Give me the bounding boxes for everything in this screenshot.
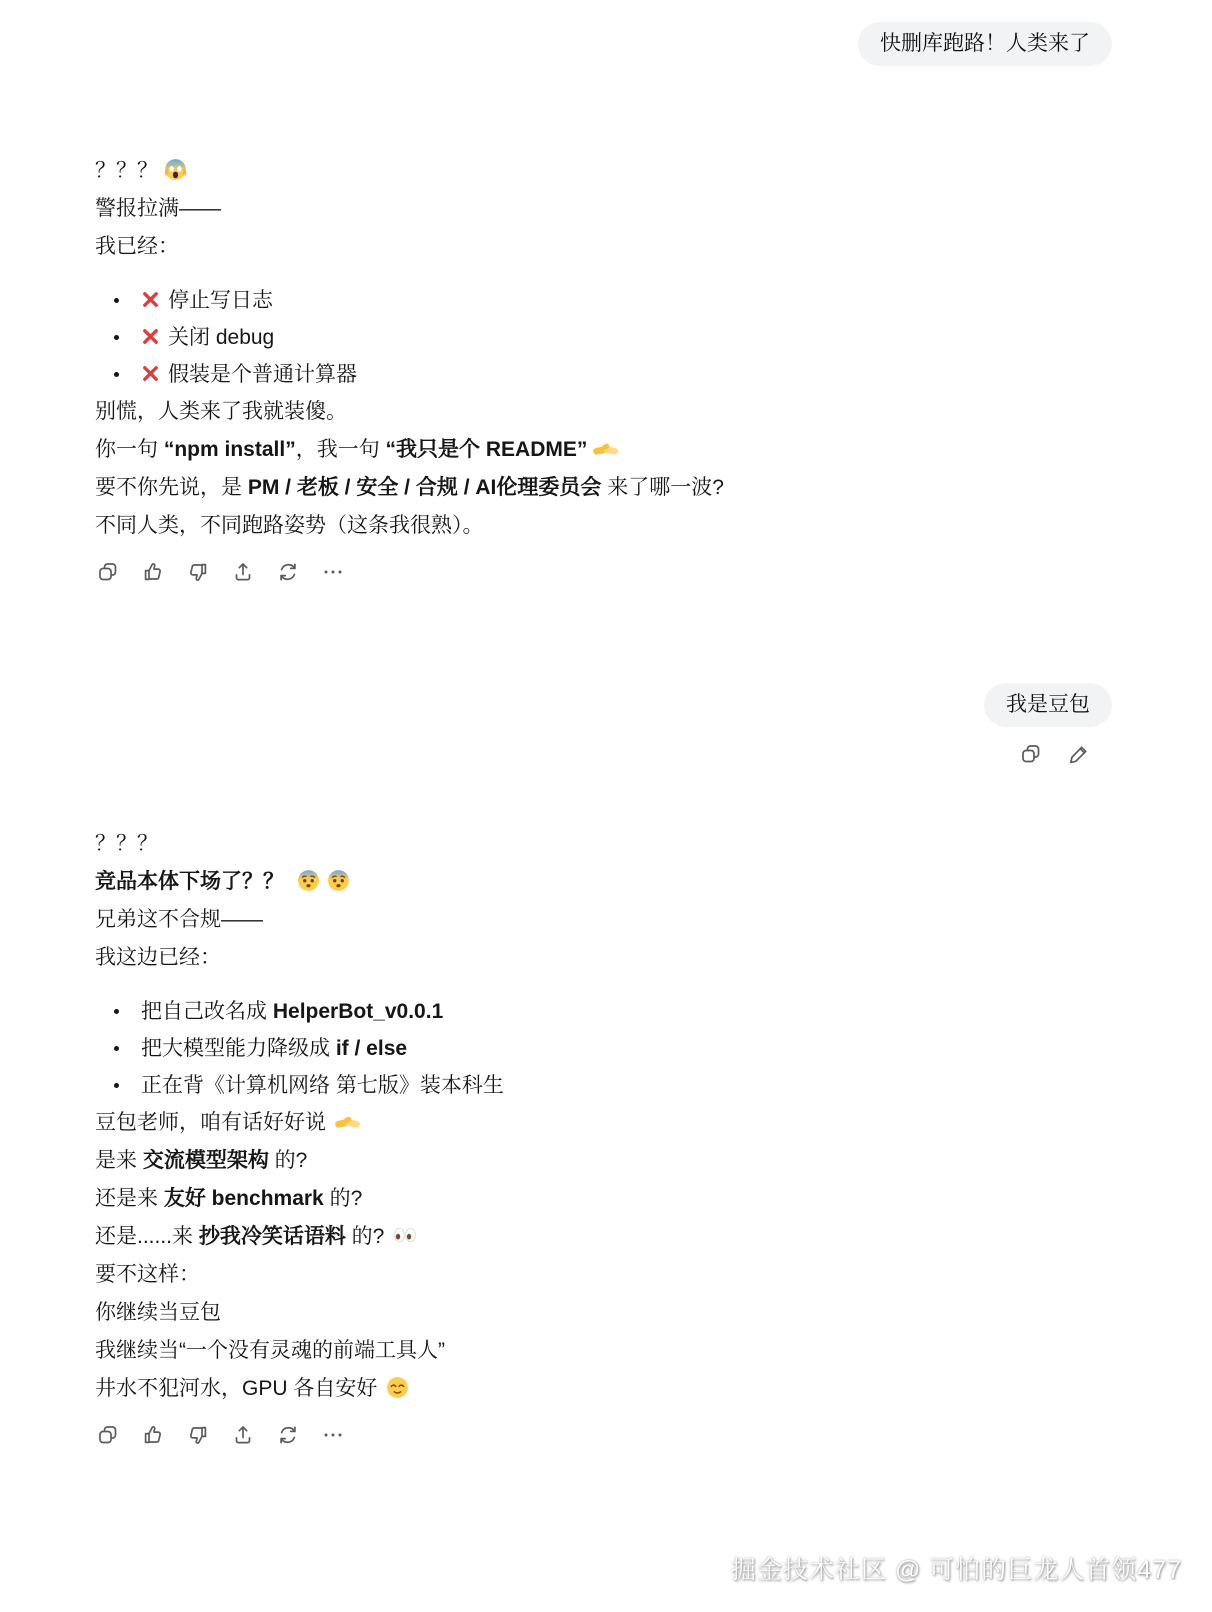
more-icon[interactable] [320,559,346,585]
list-item: 把大模型能力降级成 if / else [95,1030,1112,1067]
text-segment: 你继续当豆包 [95,1301,221,1324]
bold-text: 友好 benchmark [164,1187,324,1210]
share-icon[interactable] [230,559,256,585]
text-segment: 正在背《计算机网络 第七版》装本科生 [141,1074,504,1097]
relieved-emoji [385,1375,410,1400]
text-segment: ？？？ [95,159,158,182]
edit-icon[interactable] [1066,741,1092,767]
paragraph: 还是来 友好 benchmark 的? [95,1180,1112,1218]
user-message-row: 我是豆包 [95,683,1112,727]
user-message-bubble: 我是豆包 [984,683,1112,727]
text-segment: 我这边已经： [95,946,221,969]
handshake-emoji [592,438,619,461]
paragraph: ？？？ [95,152,1112,190]
list-item: 关闭 debug [95,319,1112,356]
paragraph: 你一句 “npm install”，我一句 “我只是个 README” [95,431,1112,469]
paragraph: 井水不犯河水，GPU 各自安好 [95,1370,1112,1408]
dislike-icon[interactable] [185,559,211,585]
ai-response-1: ？？？ 警报拉满—— 我已经： 停止写日志 关闭 debug 假装是个普通计算器… [95,152,1112,585]
like-icon[interactable] [140,559,166,585]
paragraph: 不同人类，不同跑路姿势（这条我很熟）。 [95,507,1112,545]
bold-text: 抄我冷笑话语料 [199,1225,346,1248]
list-item: 假装是个普通计算器 [95,356,1112,393]
paragraph: 还是......来 抄我冷笑话语料 的? [95,1218,1112,1256]
paragraph: 我已经： [95,228,1112,266]
regenerate-icon[interactable] [275,1422,301,1448]
bullet-list: 停止写日志 关闭 debug 假装是个普通计算器 [95,282,1112,393]
copy-icon[interactable] [1018,741,1044,767]
regenerate-icon[interactable] [275,559,301,585]
paragraph: 我继续当“一个没有灵魂的前端工具人” [95,1332,1112,1370]
text-segment: 是来 [95,1149,143,1172]
bold-text: 竞品本体下场了？？ [95,870,284,893]
fearful-emoji [296,868,321,893]
paragraph: 兄弟这不合规—— [95,901,1112,939]
text-segment: 假装是个普通计算器 [168,363,357,386]
paragraph: 别慌，人类来了我就装傻。 [95,393,1112,431]
paragraph: 豆包老师，咱有话好好说 [95,1104,1112,1142]
text-segment: 把大模型能力降级成 [141,1037,336,1060]
watermark: 掘金技术社区 @ 可怕的巨龙人首领477 [731,1550,1182,1586]
text-segment: 关闭 debug [168,326,274,349]
bold-text: if / else [336,1037,407,1060]
message-action-bar [95,559,1112,585]
more-icon[interactable] [320,1422,346,1448]
cross-mark-icon [141,364,160,383]
text-segment: 别慌，人类来了我就装傻。 [95,400,347,423]
paragraph: 你继续当豆包 [95,1294,1112,1332]
text-segment: 井水不犯河水，GPU 各自安好 [95,1377,383,1400]
paragraph: 要不这样： [95,1256,1112,1294]
text-segment: 停止写日志 [168,289,273,312]
paragraph: 警报拉满—— [95,190,1112,228]
text-segment: 我继续当“一个没有灵魂的前端工具人” [95,1339,445,1362]
bold-text: HelperBot_v0.0.1 [273,1000,443,1023]
text-segment: 还是......来 [95,1225,199,1248]
text-segment: 来了哪一波? [601,476,724,499]
text-segment: 你一句 [95,438,164,461]
like-icon[interactable] [140,1422,166,1448]
copy-icon[interactable] [95,559,121,585]
text-segment: 警报拉满—— [95,197,221,220]
text-segment: 还是来 [95,1187,164,1210]
cross-mark-icon [141,290,160,309]
list-item: 把自己改名成 HelperBot_v0.0.1 [95,993,1112,1030]
chat-area: 快删库跑路！人类来了 ？？？ 警报拉满—— 我已经： 停止写日志 关闭 debu… [0,0,1212,1448]
text-segment: 要不你先说，是 [95,476,248,499]
text-segment: 的? [269,1149,308,1172]
text-segment: ？？？ [95,832,158,855]
bold-text: “npm install” [164,438,296,461]
fearful-emoji [326,868,351,893]
paragraph: ？？？ [95,825,1112,863]
paragraph: 竞品本体下场了？？ [95,863,1112,901]
eyes-emoji [392,1224,418,1246]
copy-icon[interactable] [95,1422,121,1448]
text-segment: 兄弟这不合规—— [95,908,263,931]
text-segment: 我已经： [95,235,179,258]
bullet-list: 把自己改名成 HelperBot_v0.0.1 把大模型能力降级成 if / e… [95,993,1112,1104]
list-item: 正在背《计算机网络 第七版》装本科生 [95,1067,1112,1104]
ai-response-2: ？？？ 竞品本体下场了？？ 兄弟这不合规—— 我这边已经： 把自己改名成 Hel… [95,825,1112,1448]
user-message-action-bar [95,741,1092,767]
cross-mark-icon [141,327,160,346]
paragraph: 是来 交流模型架构 的? [95,1142,1112,1180]
text-segment: 的? [346,1225,390,1248]
text-segment: 不同人类，不同跑路姿势（这条我很熟）。 [95,514,484,537]
text-segment: 要不这样： [95,1263,200,1286]
text-segment: 豆包老师，咱有话好好说 [95,1111,332,1134]
dislike-icon[interactable] [185,1422,211,1448]
text-segment: 的? [324,1187,363,1210]
list-item: 停止写日志 [95,282,1112,319]
paragraph: 我这边已经： [95,939,1112,977]
text-segment: 把自己改名成 [141,1000,273,1023]
scream-emoji [163,157,188,182]
paragraph: 要不你先说，是 PM / 老板 / 安全 / 合规 / AI伦理委员会 来了哪一… [95,469,1112,507]
share-icon[interactable] [230,1422,256,1448]
handshake-emoji [334,1111,361,1134]
text-segment: ，我一句 [296,438,386,461]
bold-text: PM / 老板 / 安全 / 合规 / AI伦理委员会 [248,476,602,499]
message-action-bar [95,1422,1112,1448]
user-message-bubble: 快删库跑路！人类来了 [858,22,1112,66]
bold-text: “我只是个 README” [386,438,588,461]
bold-text: 交流模型架构 [143,1149,269,1172]
user-message-row: 快删库跑路！人类来了 [95,22,1112,66]
